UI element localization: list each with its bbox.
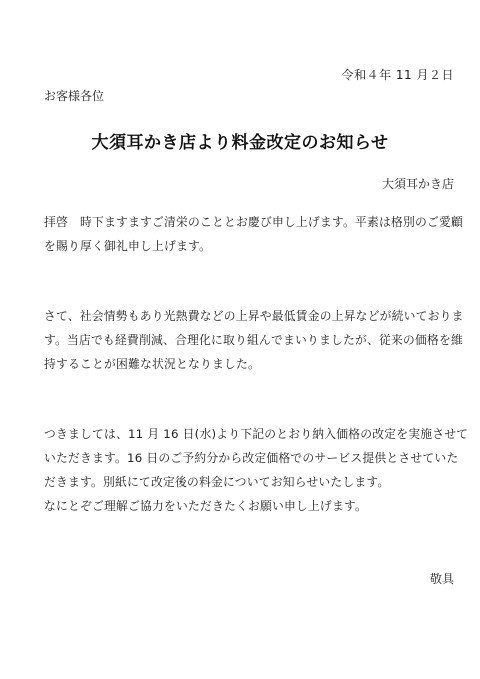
paragraph-line: さて、社会情勢もあり光熱費などの上昇や最低賃金の上昇などが続いておりま	[44, 304, 444, 328]
closing-remark: 敬具	[430, 570, 454, 587]
document-date: 令和４年 11 月２日	[342, 66, 454, 83]
addressee: お客様各位	[44, 87, 104, 104]
paragraph-line: す。当店でも経費削減、合理化に取り組んでまいりましたが、従来の価格を維	[44, 328, 444, 352]
paragraph-line: なにとぞご理解ご協力をいただきたくお願い申し上げます。	[44, 494, 444, 518]
paragraph-line: つきましては、11 月 16 日(水)より下記のとおり納入価格の改定を実施させて	[44, 422, 444, 446]
paragraph-line: を賜り厚く御礼申し上げます。	[44, 234, 444, 258]
paragraph-announcement: つきましては、11 月 16 日(水)より下記のとおり納入価格の改定を実施させて…	[44, 422, 444, 518]
sender-name: 大須耳かき店	[382, 175, 454, 192]
paragraph-line: いただきます。16 日のご予約分から改定価格でのサービス提供とさせていた	[44, 446, 444, 470]
paragraph-line: 持することが困難な状況となりました。	[44, 352, 444, 376]
document-page: 令和４年 11 月２日 お客様各位 大須耳かき店より料金改定のお知らせ 大須耳か…	[0, 0, 480, 679]
document-title: 大須耳かき店より料金改定のお知らせ	[0, 128, 480, 153]
paragraph-line: 拝啓 時下ますますご清栄のこととお慶び申し上げます。平素は格別のご愛顧	[44, 210, 444, 234]
paragraph-line: だきます。別紙にて改定後の料金についてお知らせいたします。	[44, 470, 444, 494]
paragraph-background: さて、社会情勢もあり光熱費などの上昇や最低賃金の上昇などが続いておりま す。当店…	[44, 304, 444, 376]
paragraph-greeting: 拝啓 時下ますますご清栄のこととお慶び申し上げます。平素は格別のご愛顧 を賜り厚…	[44, 210, 444, 258]
